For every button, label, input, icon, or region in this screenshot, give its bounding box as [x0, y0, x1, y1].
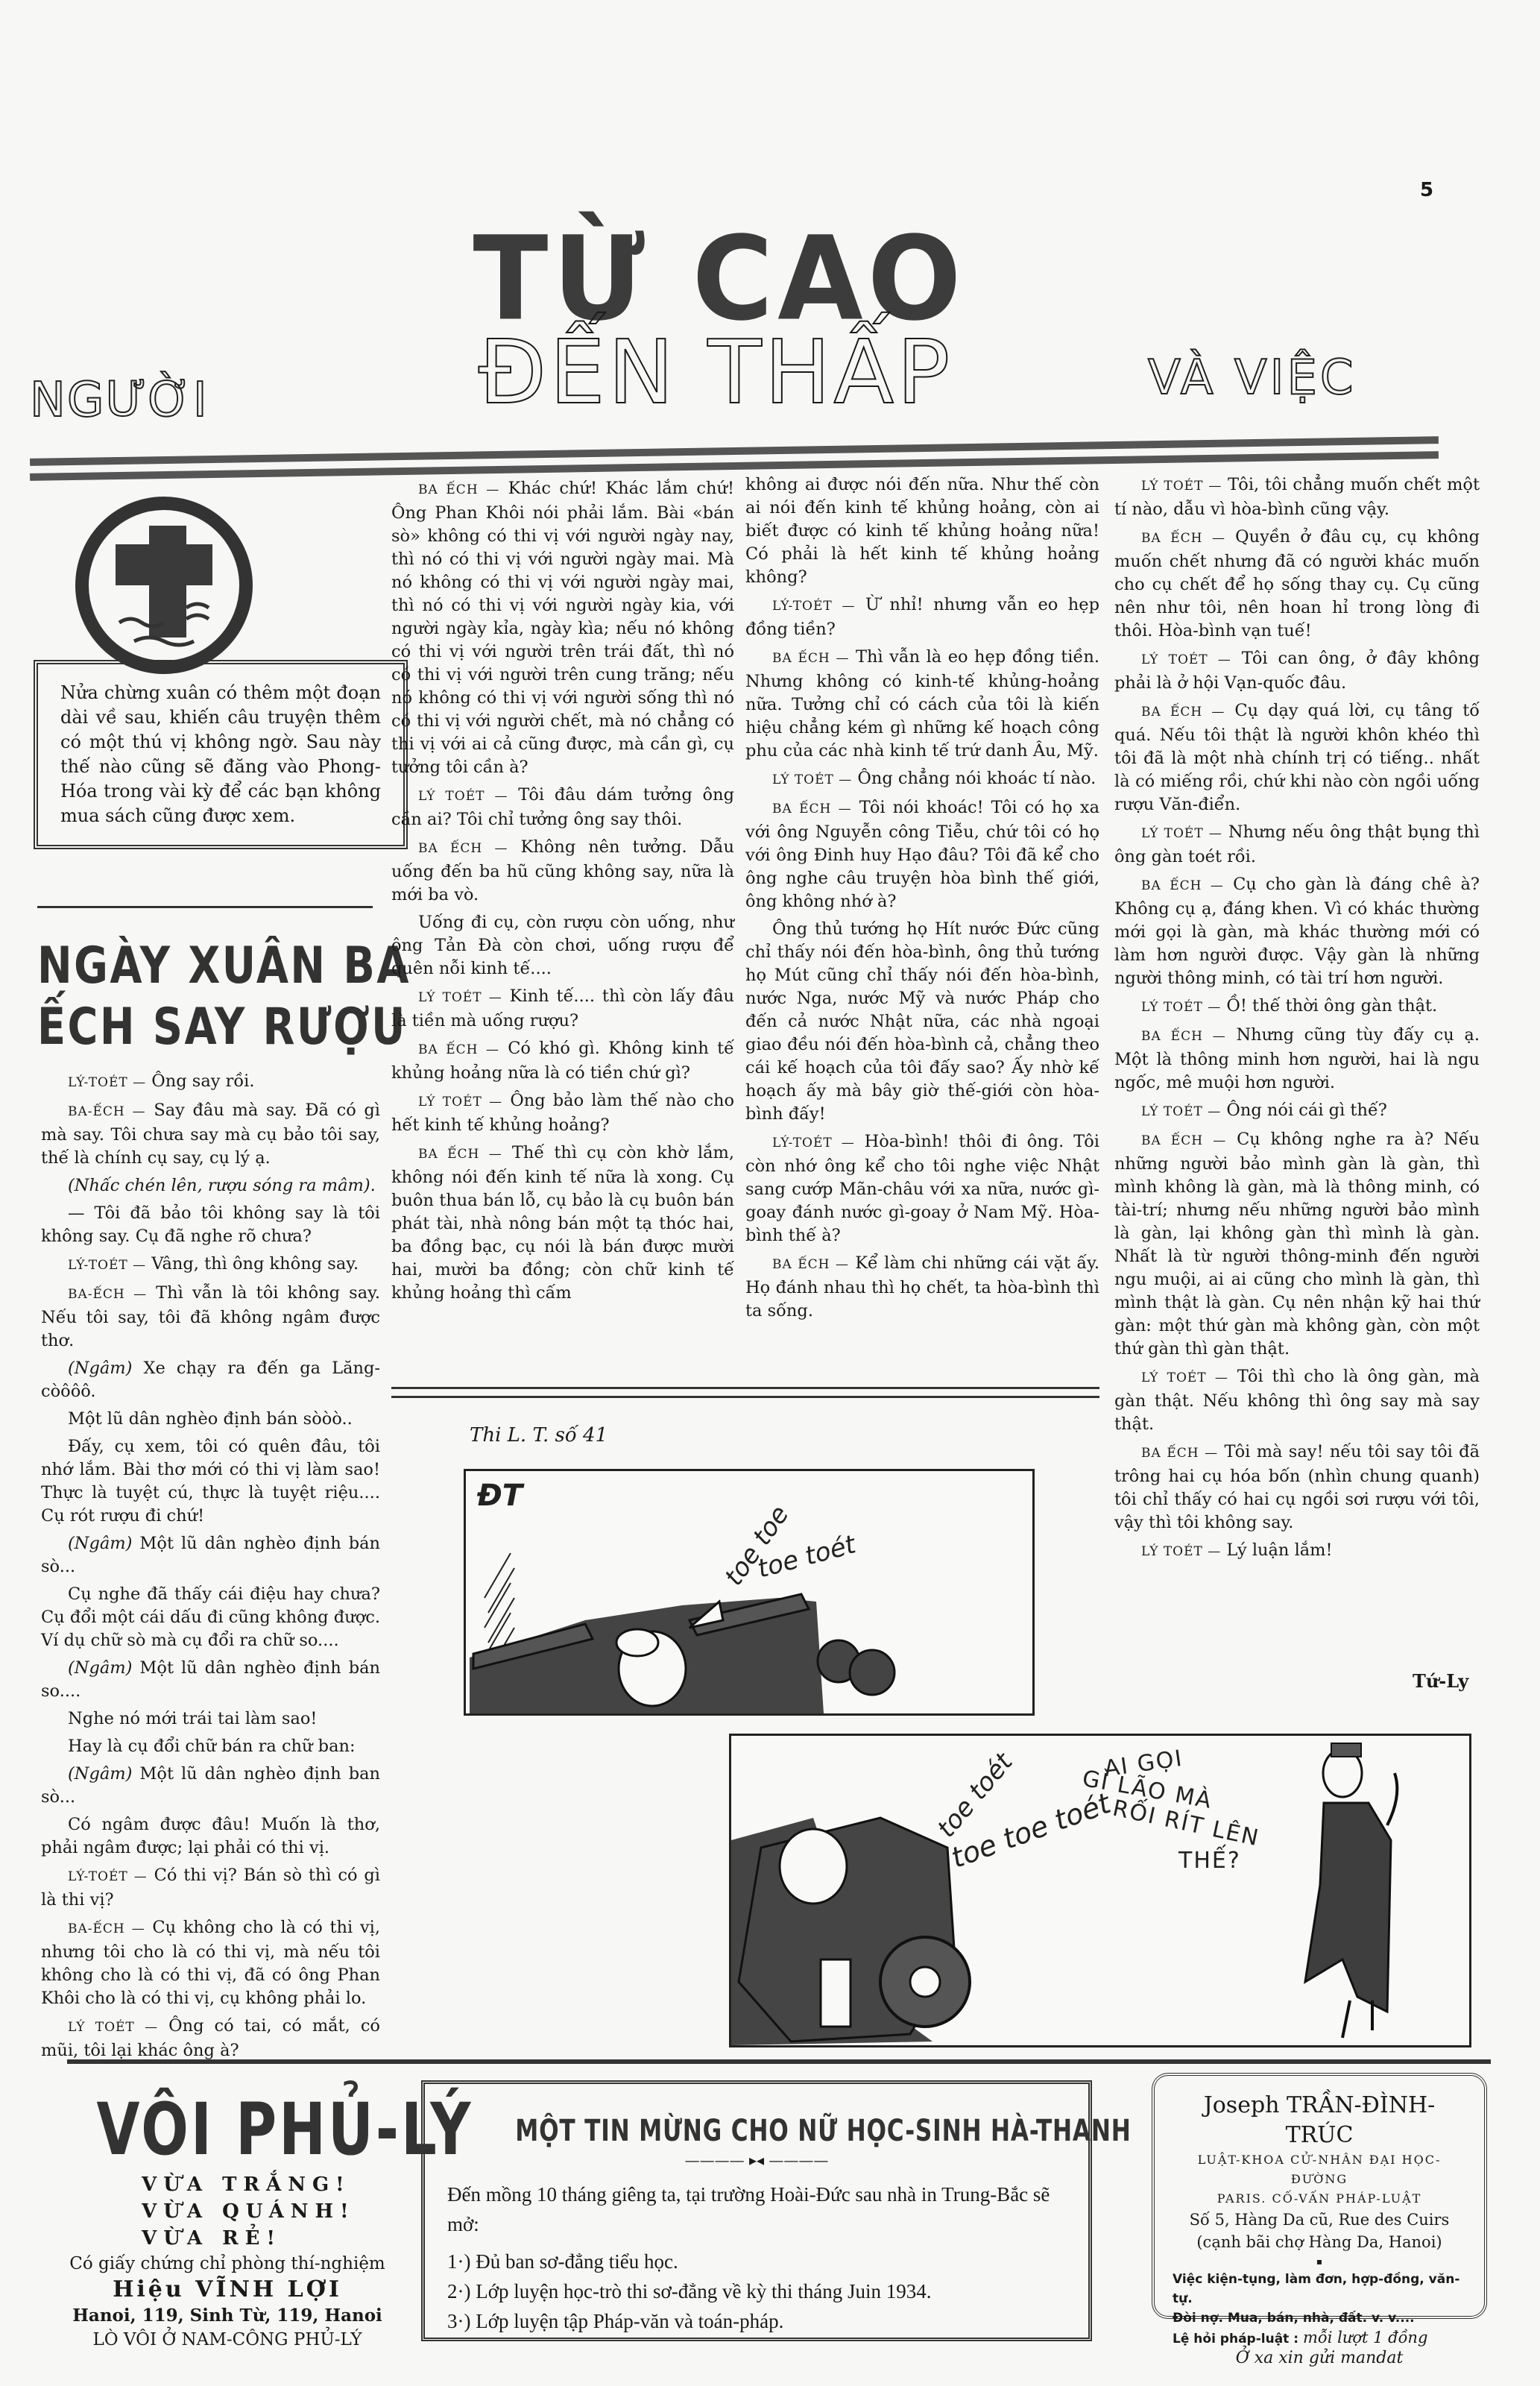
- dialogue-text: Đấy, cụ xem, tôi có quên đâu, tôi nhớ lắ…: [41, 1437, 380, 1526]
- speaker-label: BA ẾCH —: [418, 1147, 502, 1162]
- dialogue-text: Nghe nó mới trái tai làm sao!: [68, 1709, 317, 1728]
- speaker-label: LÝ TOÉT —: [1141, 1104, 1221, 1119]
- dialogue-text: (Nhấc chén lên, rượu sóng ra mâm).: [68, 1176, 376, 1195]
- lime-ad-title: VÔI PHỦ-LÝ: [97, 2088, 359, 2171]
- dialogue-text: Khác chứ! Khác lắm chứ! Ông Phan Khôi nó…: [391, 479, 734, 777]
- dialogue-paragraph: LÝ TOÉT — Lý luận lắm!: [1114, 1539, 1480, 1564]
- dialogue-text: Một lũ dân nghèo định bán sòòò..: [68, 1409, 353, 1429]
- dialogue-paragraph: LÝ-TOÉT — Ừ nhỉ! nhưng vẫn eo hẹp đồng t…: [745, 594, 1099, 641]
- ornament-divider-icon: ———— ▸◂ ————: [447, 2151, 1066, 2169]
- speaker-label: LÝ TOÉT —: [418, 990, 502, 1005]
- speaker-label: LÝ TOÉT —: [1141, 1370, 1228, 1385]
- lime-slogan-1: VỪA TRẮNG!: [60, 2171, 395, 2198]
- speaker-label: BA ẾCH —: [1141, 1029, 1226, 1044]
- speaker-label: BA-ẾCH —: [68, 1921, 145, 1936]
- speaker-label: BA ẾCH —: [418, 1042, 499, 1057]
- dialogue-paragraph: LÝ TOÉT — Nhưng nếu ông thật bụng thì ôn…: [1114, 821, 1480, 869]
- speaker-label: (Ngâm): [68, 1658, 132, 1678]
- dialogue-paragraph: BA ẾCH — Cụ không nghe ra à? Nếu những n…: [1114, 1128, 1480, 1361]
- masthead-title-top: TỪ CAO: [447, 221, 991, 336]
- dialogue-paragraph: BA ẾCH — Tôi mà say! nếu tôi say tôi đã …: [1114, 1441, 1480, 1534]
- article-headline: NGÀY XUÂN BA ẾCH SAY RƯỢU: [37, 936, 312, 1058]
- speaker-label: LÝ TOÉT —: [418, 789, 508, 804]
- dialogue-text: Ông thủ tướng họ Hít nước Đức cũng chỉ t…: [745, 919, 1099, 1124]
- dialogue-text: Uống đi cụ, còn rượu còn uống, như ông T…: [391, 913, 734, 978]
- dialogue-paragraph: (Ngâm) Một lũ dân nghèo định bán sò...: [41, 1532, 380, 1578]
- novel-notice-box: Nửa chừng xuân có thêm một đoạn dài về s…: [34, 660, 408, 849]
- dialogue-paragraph: BA ẾCH — Thì vẫn là eo hẹp đồng tiền. Nh…: [745, 646, 1099, 763]
- speaker-label: LÝ TOÉT —: [1141, 1000, 1221, 1015]
- lawyer-address-1: Số 5, Hàng Da cũ, Rue des Cuirs: [1173, 2209, 1466, 2231]
- lime-slogan-2: VỪA QUÁNH!: [60, 2198, 395, 2225]
- dialogue-paragraph: Cụ nghe đã thấy cái điệu hay chưa? Cụ đổ…: [41, 1583, 380, 1652]
- dialogue-paragraph: BA ẾCH — Tôi nói khoác! Tôi có họ xa với…: [745, 796, 1099, 913]
- speaker-label: (Ngâm): [68, 1764, 132, 1784]
- school-announcement: MỘT TIN MỪNG CHO NỮ HỌC-SINH HÀ-THANH ——…: [421, 2080, 1092, 2341]
- dialogue-paragraph: (Ngâm) Một lũ dân nghèo định bán so....: [41, 1657, 380, 1703]
- dialogue-paragraph: Nghe nó mới trái tai làm sao!: [41, 1707, 380, 1731]
- dialogue-text: Thế thì cụ còn khờ lắm, không nói đến ki…: [391, 1143, 734, 1303]
- speaker-label: LÝ TOÉT —: [1141, 1544, 1221, 1559]
- lawyer-title-2: PARIS. CỐ-VẤN PHÁP-LUẬT: [1173, 2189, 1466, 2209]
- dialogue-paragraph: LÝ-TOÉT — Ông say rồi.: [41, 1070, 380, 1095]
- dialogue-paragraph: LÝ TOÉT — Ông chẳng nói khoác tí nào.: [745, 767, 1099, 792]
- dialogue-paragraph: LÝ-TOÉT — Có thi vị? Bán sò thì có gì là…: [41, 1864, 380, 1912]
- ornament-icon: ▪: [1173, 2256, 1466, 2267]
- dialogue-paragraph: LÝ TOÉT — Ông nói cái gì thế?: [1114, 1099, 1480, 1124]
- dialogue-paragraph: không ai được nói đến nữa. Như thế còn a…: [745, 473, 1099, 589]
- sidebar-divider: [37, 906, 373, 908]
- dialogue-paragraph: LÝ TOÉT — Ồ! thế thời ông gàn thật.: [1114, 995, 1480, 1019]
- lawyer-services-2: Đòi nợ. Mua, bán, nhà, đất. v. v....: [1173, 2308, 1466, 2328]
- dialogue-paragraph: BA-ẾCH — Thì vẫn là tôi không say. Nếu t…: [41, 1282, 380, 1353]
- speaker-label: LÝ-TOÉT —: [68, 1869, 148, 1884]
- speaker-label: (Ngâm): [68, 1534, 132, 1553]
- headline-line-1: NGÀY XUÂN BA: [37, 936, 312, 997]
- dialogue-paragraph: LÝ TOÉT — Ông bảo làm thế nào cho hết ki…: [391, 1089, 734, 1137]
- speaker-label: BA ẾCH —: [1141, 531, 1225, 546]
- school-ad-title: MỘT TIN MỪNG CHO NỮ HỌC-SINH HÀ-THANH: [515, 2114, 997, 2148]
- speaker-label: LÝ TOÉT —: [1141, 826, 1222, 841]
- dialogue-paragraph: Hay là cụ đổi chữ bán ra chữ ban:: [41, 1735, 380, 1758]
- lime-kiln: LÒ VÔI Ở NAM-CÔNG PHỦ-LÝ: [60, 2328, 395, 2352]
- article-column-4: LÝ TOÉT — Tôi, tôi chẳng muốn chết một t…: [1114, 473, 1480, 1568]
- cartoon-caption: Thi L. T. số 41: [470, 1424, 608, 1447]
- speaker-label: BA-ẾCH —: [68, 1104, 146, 1119]
- dialogue-paragraph: BA ẾCH — Kể làm chi những cái vặt ấy. Họ…: [745, 1252, 1099, 1323]
- dialogue-paragraph: BA-ẾCH — Cụ không cho là có thi vị, nhưn…: [41, 1916, 380, 2010]
- dialogue-text: Ồ! thế thời ông gàn thật.: [1226, 996, 1437, 1016]
- cartoon-panel-1: ĐT toe toe toe toét: [464, 1469, 1035, 1716]
- school-ad-item-2: 2·) Lớp luyện học-trò thi sơ-đẳng về kỳ …: [447, 2276, 1066, 2306]
- masthead-right: VÀ VIỆC: [1148, 350, 1357, 406]
- cartoon-panel-2: toe toét toe toe toét AI GỌI GÌ LÃO MÀ R…: [729, 1734, 1471, 2047]
- speaker-label: BA-ẾCH —: [68, 1287, 147, 1302]
- dialogue-paragraph: BA-ẾCH — Say đâu mà say. Đã có gì mà say…: [41, 1099, 380, 1170]
- dialogue-text: Ông nói cái gì thế?: [1226, 1101, 1386, 1120]
- dialogue-text: Hay là cụ đổi chữ bán ra chữ ban:: [68, 1737, 356, 1756]
- dialogue-paragraph: (Ngâm) Xe chạy ra đến ga Lăng-còôôô.: [41, 1357, 380, 1403]
- dialogue-text: — Tôi đã bảo tôi không say là tôi không …: [41, 1203, 380, 1246]
- school-ad-item-3: 3·) Lớp luyện tập Pháp-văn và toán-pháp.: [447, 2306, 1066, 2336]
- lawyer-title-1: LUẬT-KHOA CỬ-NHÂN ĐẠI HỌC-ĐƯỜNG: [1173, 2150, 1466, 2189]
- speaker-label: LÝ-TOÉT —: [68, 1258, 146, 1273]
- speaker-label: BA ẾCH —: [1141, 705, 1225, 720]
- speaker-label: LÝ-TOÉT —: [772, 599, 855, 614]
- dialogue-text: Lý luận lắm!: [1226, 1540, 1332, 1560]
- dialogue-paragraph: LÝ-TOÉT — Vâng, thì ông không say.: [41, 1253, 380, 1277]
- dialogue-paragraph: BA ẾCH — Không nên tưởng. Dẫu uống đến b…: [391, 836, 734, 907]
- dialogue-text: không ai được nói đến nữa. Như thế còn a…: [745, 475, 1099, 587]
- dialogue-text: Ông chẳng nói khoác tí nào.: [857, 769, 1096, 788]
- speaker-label: LÝ-TOÉT —: [772, 1136, 855, 1150]
- lawyer-address-2: (cạnh bãi chợ Hàng Da, Hanoi): [1173, 2231, 1466, 2253]
- lawyer-advertisement: Joseph TRẦN-ĐÌNH-TRÚC LUẬT-KHOA CỬ-NHÂN …: [1152, 2073, 1487, 2319]
- dialogue-paragraph: Có ngâm được đâu! Muốn là thơ, phải ngâm…: [41, 1813, 380, 1860]
- school-ad-intro: Đến mồng 10 tháng giêng ta, tại trường H…: [447, 2179, 1066, 2239]
- speaker-label: BA ẾCH —: [1141, 878, 1224, 893]
- dialogue-paragraph: LÝ TOÉT — Tôi can ông, ở đây không phải …: [1114, 647, 1480, 695]
- speech-line-4: THẾ?: [1178, 1848, 1241, 1874]
- dialogue-paragraph: Đấy, cụ xem, tôi có quên đâu, tôi nhớ lắ…: [41, 1435, 380, 1528]
- dialogue-text: Có ngâm được đâu! Muốn là thơ, phải ngâm…: [41, 1815, 380, 1857]
- article-byline: Tứ-Ly: [1413, 1670, 1468, 1692]
- speaker-label: LÝ TOÉT —: [1141, 479, 1222, 494]
- lawyer-name: Joseph TRẦN-ĐÌNH-TRÚC: [1173, 2091, 1466, 2150]
- headline-line-2: ẾCH SAY RƯỢU: [37, 997, 312, 1058]
- lime-address: Hanoi, 119, Sinh Từ, 119, Hanoi: [60, 2304, 395, 2328]
- speaker-label: BA ẾCH —: [772, 1257, 849, 1272]
- dialogue-paragraph: LÝ TOÉT — Tôi đâu dám tưởng ông cần ai? …: [391, 784, 734, 831]
- dialogue-paragraph: LÝ TOÉT — Ông có tai, có mắt, có mũi, tô…: [41, 2015, 380, 2062]
- article-column-1: LÝ-TOÉT — Ông say rồi.BA-ẾCH — Say đâu m…: [41, 1070, 380, 2067]
- dialogue-paragraph: BA ẾCH — Thế thì cụ còn khờ lắm, không n…: [391, 1142, 734, 1305]
- lawyer-remote-note: Ở xa xin gửi mandat: [1173, 2349, 1466, 2367]
- dialogue-paragraph: BA ẾCH — Khác chứ! Khác lắm chứ! Ông Pha…: [391, 477, 734, 779]
- speaker-label: LÝ TOÉT —: [772, 772, 852, 787]
- dialogue-paragraph: BA ẾCH — Có khó gì. Không kinh tế khủng …: [391, 1037, 734, 1085]
- cross-waves-logo-icon: [75, 496, 253, 675]
- speaker-label: LÝ TOÉT —: [418, 1095, 502, 1109]
- dialogue-paragraph: LÝ TOÉT — Tôi, tôi chẳng muốn chết một t…: [1114, 473, 1480, 521]
- dialogue-paragraph: — Tôi đã bảo tôi không say là tôi không …: [41, 1202, 380, 1248]
- dialogue-text: Cụ không nghe ra à? Nếu những người bảo …: [1114, 1130, 1480, 1359]
- article-column-2: BA ẾCH — Khác chứ! Khác lắm chứ! Ông Pha…: [391, 477, 734, 1309]
- speaker-label: BA ẾCH —: [1141, 1133, 1226, 1148]
- dialogue-paragraph: LÝ-TOÉT — Hòa-bình! thôi đi ông. Tôi còn…: [745, 1130, 1099, 1247]
- article-column-3: không ai được nói đến nữa. Như thế còn a…: [745, 473, 1099, 1327]
- dialogue-paragraph: LÝ TOÉT — Tôi thì cho là ông gàn, mà gàn…: [1114, 1365, 1480, 1436]
- car-driver-illustration-icon: [466, 1471, 1032, 1713]
- dialogue-paragraph: BA ẾCH — Cụ cho gàn là đáng chê à? Không…: [1114, 873, 1480, 990]
- speaker-label: BA ẾCH —: [772, 802, 852, 816]
- masthead-title-bottom: ĐẾN THẤP: [432, 328, 999, 416]
- speaker-label: BA ẾCH —: [1141, 1446, 1218, 1461]
- fee-label: Lệ hỏi pháp-luật :: [1173, 2332, 1298, 2346]
- speaker-label: BA ẾCH —: [418, 482, 499, 497]
- dialogue-paragraph: BA ẾCH — Quyền ở đâu cụ, cụ không muốn c…: [1114, 526, 1480, 643]
- fee-value: mỗi lượt 1 đồng: [1303, 2329, 1427, 2346]
- cartoon-top-rule: [391, 1387, 1099, 1389]
- dialogue-text: Cụ nghe đã thấy cái điệu hay chưa? Cụ đổ…: [41, 1584, 380, 1650]
- speaker-label: BA ẾCH —: [772, 651, 849, 666]
- lime-certificate: Có giấy chứng chỉ phòng thí-nghiệm: [60, 2252, 395, 2276]
- dialogue-paragraph: LÝ TOÉT — Kinh tế.... thì còn lấy đâu là…: [391, 985, 734, 1033]
- lime-advertisement: VÔI PHỦ-LÝ VỪA TRẮNG! VỪA QUÁNH! VỪA RẺ!…: [60, 2088, 395, 2352]
- dialogue-paragraph: Một lũ dân nghèo định bán sòòò..: [41, 1408, 380, 1431]
- dialogue-paragraph: BA ẾCH — Nhưng cũng tùy đấy cụ ạ. Một là…: [1114, 1024, 1480, 1095]
- lawyer-fee: Lệ hỏi pháp-luật : mỗi lượt 1 đồng: [1173, 2328, 1466, 2349]
- lawyer-services-1: Việc kiện-tụng, làm đơn, hợp-đồng, văn-t…: [1173, 2270, 1466, 2308]
- ads-divider-top: [67, 2059, 1491, 2064]
- dialogue-paragraph: (Nhấc chén lên, rượu sóng ra mâm).: [41, 1174, 380, 1197]
- lime-shop-name: Hiệu VĨNH LỢI: [60, 2276, 395, 2304]
- school-ad-item-1: 1·) Đủ ban sơ-đẳng tiểu học.: [447, 2247, 1066, 2276]
- speaker-label: LÝ-TOÉT —: [68, 1075, 146, 1090]
- speaker-label: LÝ TOÉT —: [1141, 652, 1231, 667]
- dialogue-paragraph: (Ngâm) Một lũ dân nghèo định ban sò...: [41, 1763, 380, 1809]
- page-number: 5: [1420, 179, 1433, 201]
- dialogue-paragraph: Ông thủ tướng họ Hít nước Đức cũng chỉ t…: [745, 918, 1099, 1126]
- speaker-label: BA ẾCH —: [418, 841, 508, 856]
- dialogue-text: Ông say rồi.: [151, 1071, 254, 1091]
- masthead-left: NGƯỜI: [30, 373, 209, 428]
- dialogue-paragraph: BA ẾCH — Cụ dạy quá lời, cụ tâng tố quá.…: [1114, 699, 1480, 816]
- dialogue-paragraph: Uống đi cụ, còn rượu còn uống, như ông T…: [391, 911, 734, 980]
- lime-slogan-3: VỪA RẺ!: [60, 2225, 395, 2252]
- speaker-label: LÝ TOÉT —: [68, 2020, 158, 2035]
- speaker-label: (Ngâm): [68, 1359, 132, 1378]
- cartoon-top-rule-2: [391, 1396, 1099, 1398]
- dialogue-text: Vâng, thì ông không say.: [151, 1254, 359, 1274]
